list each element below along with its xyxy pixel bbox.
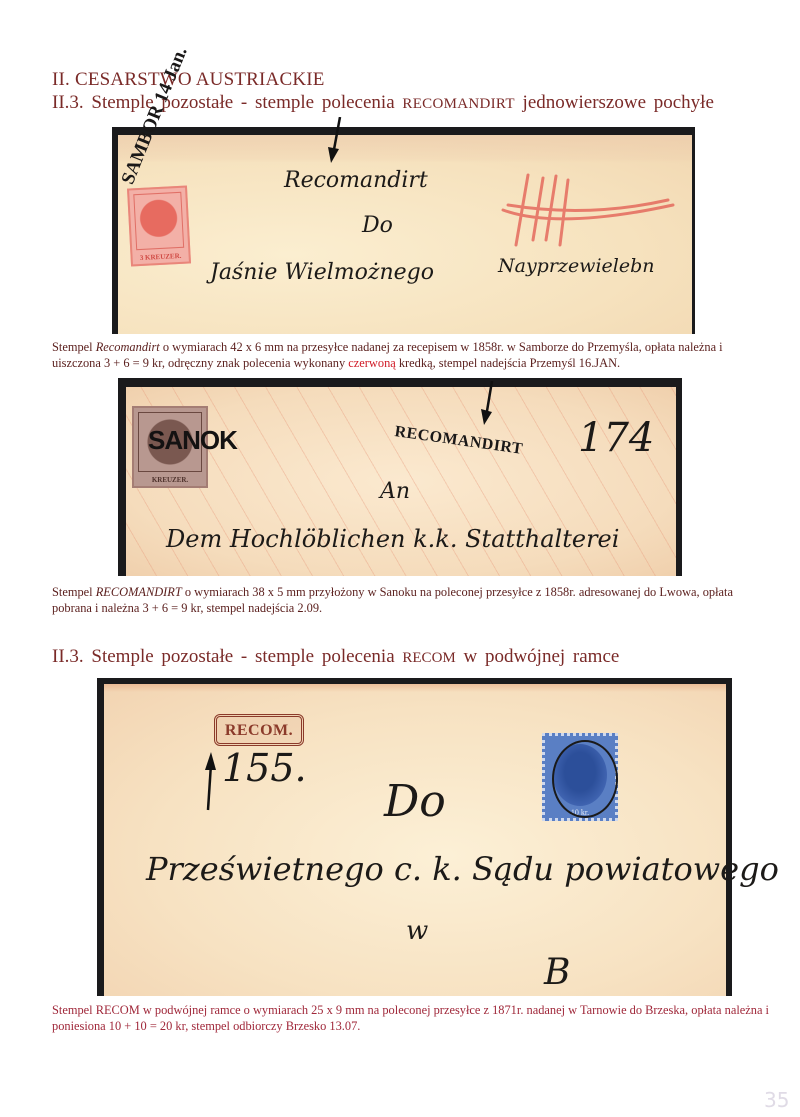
cover-paper: 3 KREUZER. SAMBOR 14 Jan. Recomandirt Do… bbox=[118, 135, 692, 334]
handwriting-w: w bbox=[406, 916, 428, 946]
section-title-caps: RECOM bbox=[402, 650, 455, 666]
arrow-down-icon bbox=[326, 117, 346, 167]
arrow-up-icon bbox=[202, 752, 218, 812]
postmark-sambor: SAMBOR 14 Jan. bbox=[119, 45, 190, 187]
handwriting-address: Jaśnie Wielmożnego bbox=[210, 260, 434, 285]
page-heading: II. CESARSTWO AUSTRIACKIE bbox=[52, 69, 325, 91]
section-title-caps: RECOMANDIRT bbox=[402, 96, 514, 112]
handwriting-address: Dem Hochlöblichen k.k. Statthalterei bbox=[166, 525, 619, 553]
cover-paper: RECOM. 155. 10 kr. Do Prześwietnego c. k… bbox=[104, 684, 726, 996]
caption-cover-tarnow: Stempel RECOM w podwójnej ramce o wymiar… bbox=[52, 1002, 782, 1034]
handwriting-title: Nayprzewielebn bbox=[498, 255, 655, 277]
page-number: 35 bbox=[764, 1088, 789, 1112]
postmark-tarnow bbox=[552, 740, 618, 818]
caption-cover-sambor: Stempel Recomandirt o wymiarach 42 x 6 m… bbox=[52, 339, 772, 371]
caption-italic: Recomandirt bbox=[96, 340, 160, 354]
section-title-prefix: II.3. Stemple pozostałe - stemple polece… bbox=[52, 646, 402, 667]
handwriting-address: Prześwietnego c. k. Sądu powiatowego bbox=[146, 850, 779, 888]
caption-italic: RECOMANDIRT bbox=[96, 585, 182, 599]
section-title-suffix: w podwójnej ramce bbox=[456, 646, 620, 667]
handwriting-recomandirt: Recomandirt bbox=[284, 168, 428, 193]
red-crayon-mark bbox=[498, 170, 678, 250]
stamp-label: 3 KREUZER. bbox=[132, 251, 188, 262]
handwriting-do: Do bbox=[362, 213, 393, 238]
handwriting-an: An bbox=[380, 479, 410, 504]
handwriting-town: B bbox=[544, 952, 570, 993]
cover-scan-tarnow: RECOM. 155. 10 kr. Do Prześwietnego c. k… bbox=[97, 678, 732, 996]
registration-number: 174 bbox=[578, 415, 654, 461]
section-title-prefix: II.3. Stemple pozostałe - stemple polece… bbox=[52, 92, 402, 113]
registration-number: 155. bbox=[222, 746, 307, 790]
caption-text: Stempel bbox=[52, 340, 96, 354]
cover-paper: KREUZER. SANOK RECOMANDIRT 174 An Dem Ho… bbox=[126, 387, 676, 576]
stamp-label: KREUZER. bbox=[134, 476, 206, 484]
cover-scan-sanok: KREUZER. SANOK RECOMANDIRT 174 An Dem Ho… bbox=[118, 378, 682, 576]
caption-red-word: czerwoną bbox=[348, 356, 395, 370]
caption-cover-sanok: Stempel RECOMANDIRT o wymiarach 38 x 5 m… bbox=[52, 584, 764, 616]
caption-text: Stempel bbox=[52, 585, 96, 599]
postage-stamp-3-kreuzer: 3 KREUZER. bbox=[127, 185, 191, 266]
cover-scan-sambor: 3 KREUZER. SAMBOR 14 Jan. Recomandirt Do… bbox=[112, 127, 695, 334]
section-title-suffix: jednowierszowe pochyłe bbox=[515, 92, 714, 113]
caption-text: kredką, stempel nadejścia Przemyśl 16.JA… bbox=[396, 356, 620, 370]
arrow-down-icon bbox=[478, 381, 498, 431]
registration-stamp-recomandirt: RECOMANDIRT bbox=[393, 423, 524, 459]
postmark-sanok: SANOK bbox=[148, 425, 237, 456]
stamp-eagle bbox=[133, 192, 184, 250]
section-title-recom: II.3. Stemple pozostałe - stemple polece… bbox=[52, 646, 619, 668]
handwriting-do: Do bbox=[384, 776, 446, 827]
registration-stamp-recom: RECOM. bbox=[214, 714, 304, 746]
